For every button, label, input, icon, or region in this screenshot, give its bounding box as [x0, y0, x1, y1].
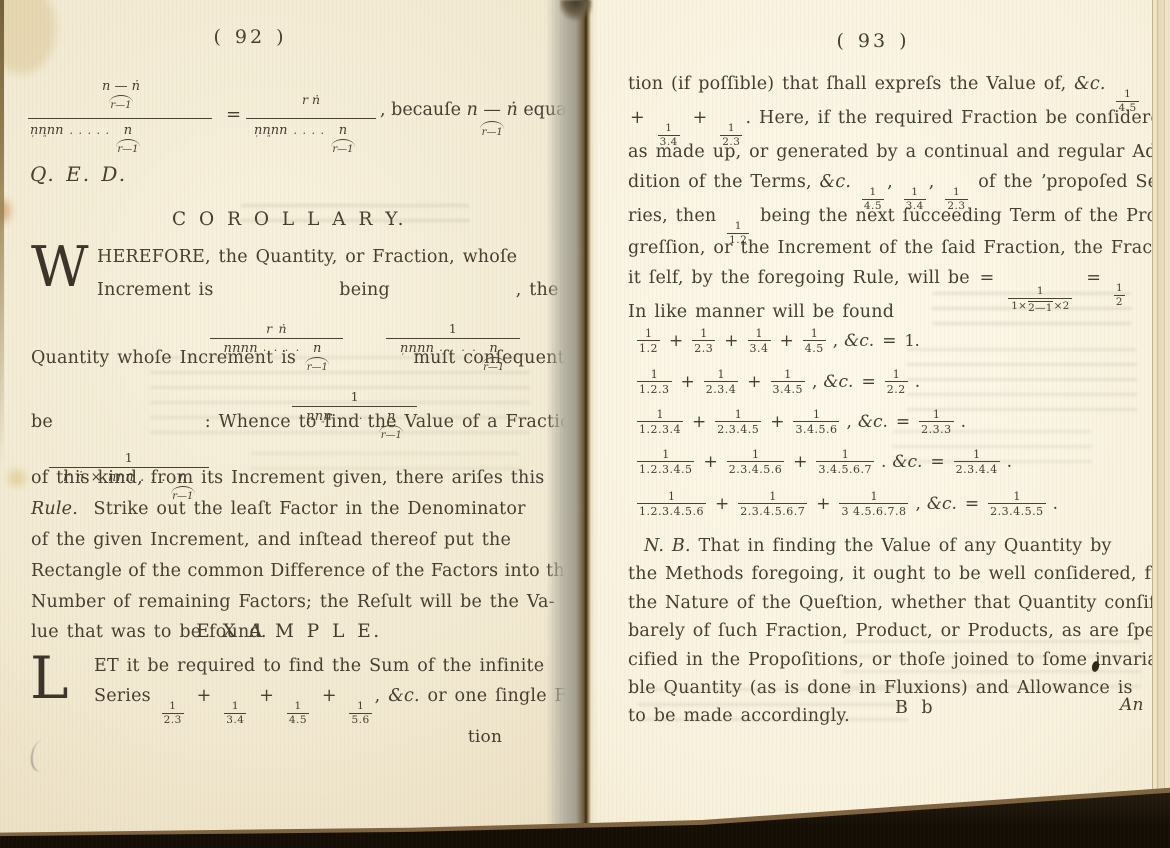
- text-line: HEREFORE, the Quantity, or Fraction, who…: [97, 247, 517, 269]
- qed-label: Q. E. D.: [30, 162, 127, 187]
- arc-r-1: r—1: [331, 137, 355, 155]
- dropcap-l: L: [30, 654, 69, 703]
- equation-row: 11.2 + 12.3 + 13.4 + 14.5, &c. = 1.: [636, 328, 920, 354]
- fraction: 13.4.5.6: [793, 409, 839, 435]
- text-line: Number of remaining Factors; the Reſult …: [31, 592, 575, 614]
- catchword: An: [1120, 695, 1144, 716]
- text-line: of the given Increment, and inſtead ther…: [31, 530, 575, 552]
- page-stack-fore-edge: [1152, 0, 1170, 848]
- fraction: 12.3.4.5.6: [727, 449, 784, 475]
- fraction: 12.3: [162, 701, 184, 726]
- example-heading: E X A M P L E.: [32, 620, 546, 643]
- book-scan: { "sym": {"plus":"+","equals":"=","comma…: [0, 0, 1170, 848]
- lhs-denominator: nnnnʼ ʺ . . . . . n r—1: [30, 124, 140, 155]
- fraction: 12.3.4.5.5: [988, 491, 1045, 517]
- gutter-top-shadow: [560, 0, 592, 22]
- fraction: 11.2: [637, 328, 660, 354]
- expression: n — ṅ: [102, 80, 140, 93]
- fraction: 12.3.4.5: [715, 409, 761, 435]
- dropcap-w: W: [31, 244, 89, 292]
- text-line: Rule. Strike out the leaſt Factor in the…: [31, 499, 575, 521]
- page-93: ( 93 ) tion (if poſſible) that ſhall exp…: [592, 0, 1153, 848]
- fraction: 13 4.5.6.7.8: [839, 491, 908, 517]
- corner-stain: [0, 0, 56, 74]
- fraction: 12.2: [885, 369, 908, 395]
- fraction-bar: [210, 338, 344, 339]
- fraction: 12.3.4.5.6.7: [738, 491, 807, 517]
- fraction-bar: [28, 118, 212, 119]
- text-line: the Nature of the Queſtion, whether that…: [628, 593, 1170, 615]
- show-through-text: [932, 292, 1132, 326]
- equation-row: 11.2.3 + 12.3.4 + 13.4.5, &c. = 12.2.: [636, 369, 920, 395]
- fraction-bar: [386, 338, 520, 339]
- rhs-numerator: r ṅ: [250, 92, 372, 107]
- text-line: Rectangle of the common Difference of th…: [31, 561, 575, 583]
- page-number-93: ( 93 ): [773, 30, 973, 54]
- fraction: 11.2.3.4.5: [637, 449, 694, 475]
- arc-r-1: r—1: [109, 93, 133, 111]
- arc-r-1: r—1: [480, 119, 504, 138]
- fraction: 13.4.5.6.7: [816, 449, 873, 475]
- fraction: 11.2.3.4.5.6: [637, 491, 706, 517]
- show-through-text: [240, 204, 470, 230]
- text-line: Series 12.3 + 13.4 + 14.5 + 15.6, &c. or…: [94, 686, 602, 726]
- text-line: as made up, or generated by a continual …: [628, 142, 1163, 164]
- fraction: 14.5: [287, 701, 309, 726]
- lhs-numerator: n — ṅ r—1: [46, 80, 196, 111]
- text-line: In like manner will be found: [628, 302, 894, 324]
- fraction-bar: [246, 118, 376, 119]
- fraction: 13.4: [748, 328, 771, 354]
- fraction: 12.3: [692, 328, 715, 354]
- show-through-text: [638, 688, 908, 730]
- text-line: greſſion, or the Increment of the ſaid F…: [628, 238, 1170, 260]
- top-equation: n — ṅ r—1 nnnnʼ ʺ . . . . . n r—1 = r ṅ …: [28, 78, 568, 170]
- show-through-text: [250, 452, 520, 476]
- fraction: 12.3.4: [704, 369, 739, 395]
- corollary-body: of this kind, from its Increment given, …: [31, 468, 575, 644]
- arc-r-1: r—1: [116, 137, 140, 155]
- page-number-92: ( 92 ): [150, 26, 350, 50]
- fraction: 13.4: [224, 701, 246, 726]
- page-92: ( 92 ) n — ṅ r—1 nnnnʼ ʺ . . . . . n r—1…: [0, 0, 598, 848]
- text-line: the Methods foregoing, it ought to be we…: [628, 564, 1170, 586]
- fraction: 14.5: [803, 328, 826, 354]
- catchword: tion: [420, 727, 550, 748]
- text-line: ET it be required to find the Sum of the…: [94, 656, 544, 678]
- left-page-edge: [0, 0, 4, 848]
- paper-spot: [8, 470, 26, 486]
- pencil-mark: [29, 736, 55, 774]
- equals-sign: =: [226, 104, 241, 125]
- show-through-text: [842, 640, 1142, 688]
- equation-row: 11.2.3.4.5.6 + 12.3.4.5.6.7 + 13 4.5.6.7…: [636, 491, 1058, 517]
- show-through-text: [907, 348, 1137, 414]
- fraction: 15.6: [349, 701, 371, 726]
- fraction: 11.2.3: [637, 369, 672, 395]
- book-gutter: [546, 0, 598, 848]
- fraction: 13.4.5: [771, 369, 806, 395]
- text-line: N. B. That in finding the Value of any Q…: [628, 536, 1170, 558]
- fraction: 11.2.3.4: [637, 409, 683, 435]
- show-through-text: [150, 356, 530, 442]
- rhs-denominator: nnnnʼ ʺ . . . . n r—1: [254, 124, 355, 155]
- show-through-text: [892, 430, 1092, 472]
